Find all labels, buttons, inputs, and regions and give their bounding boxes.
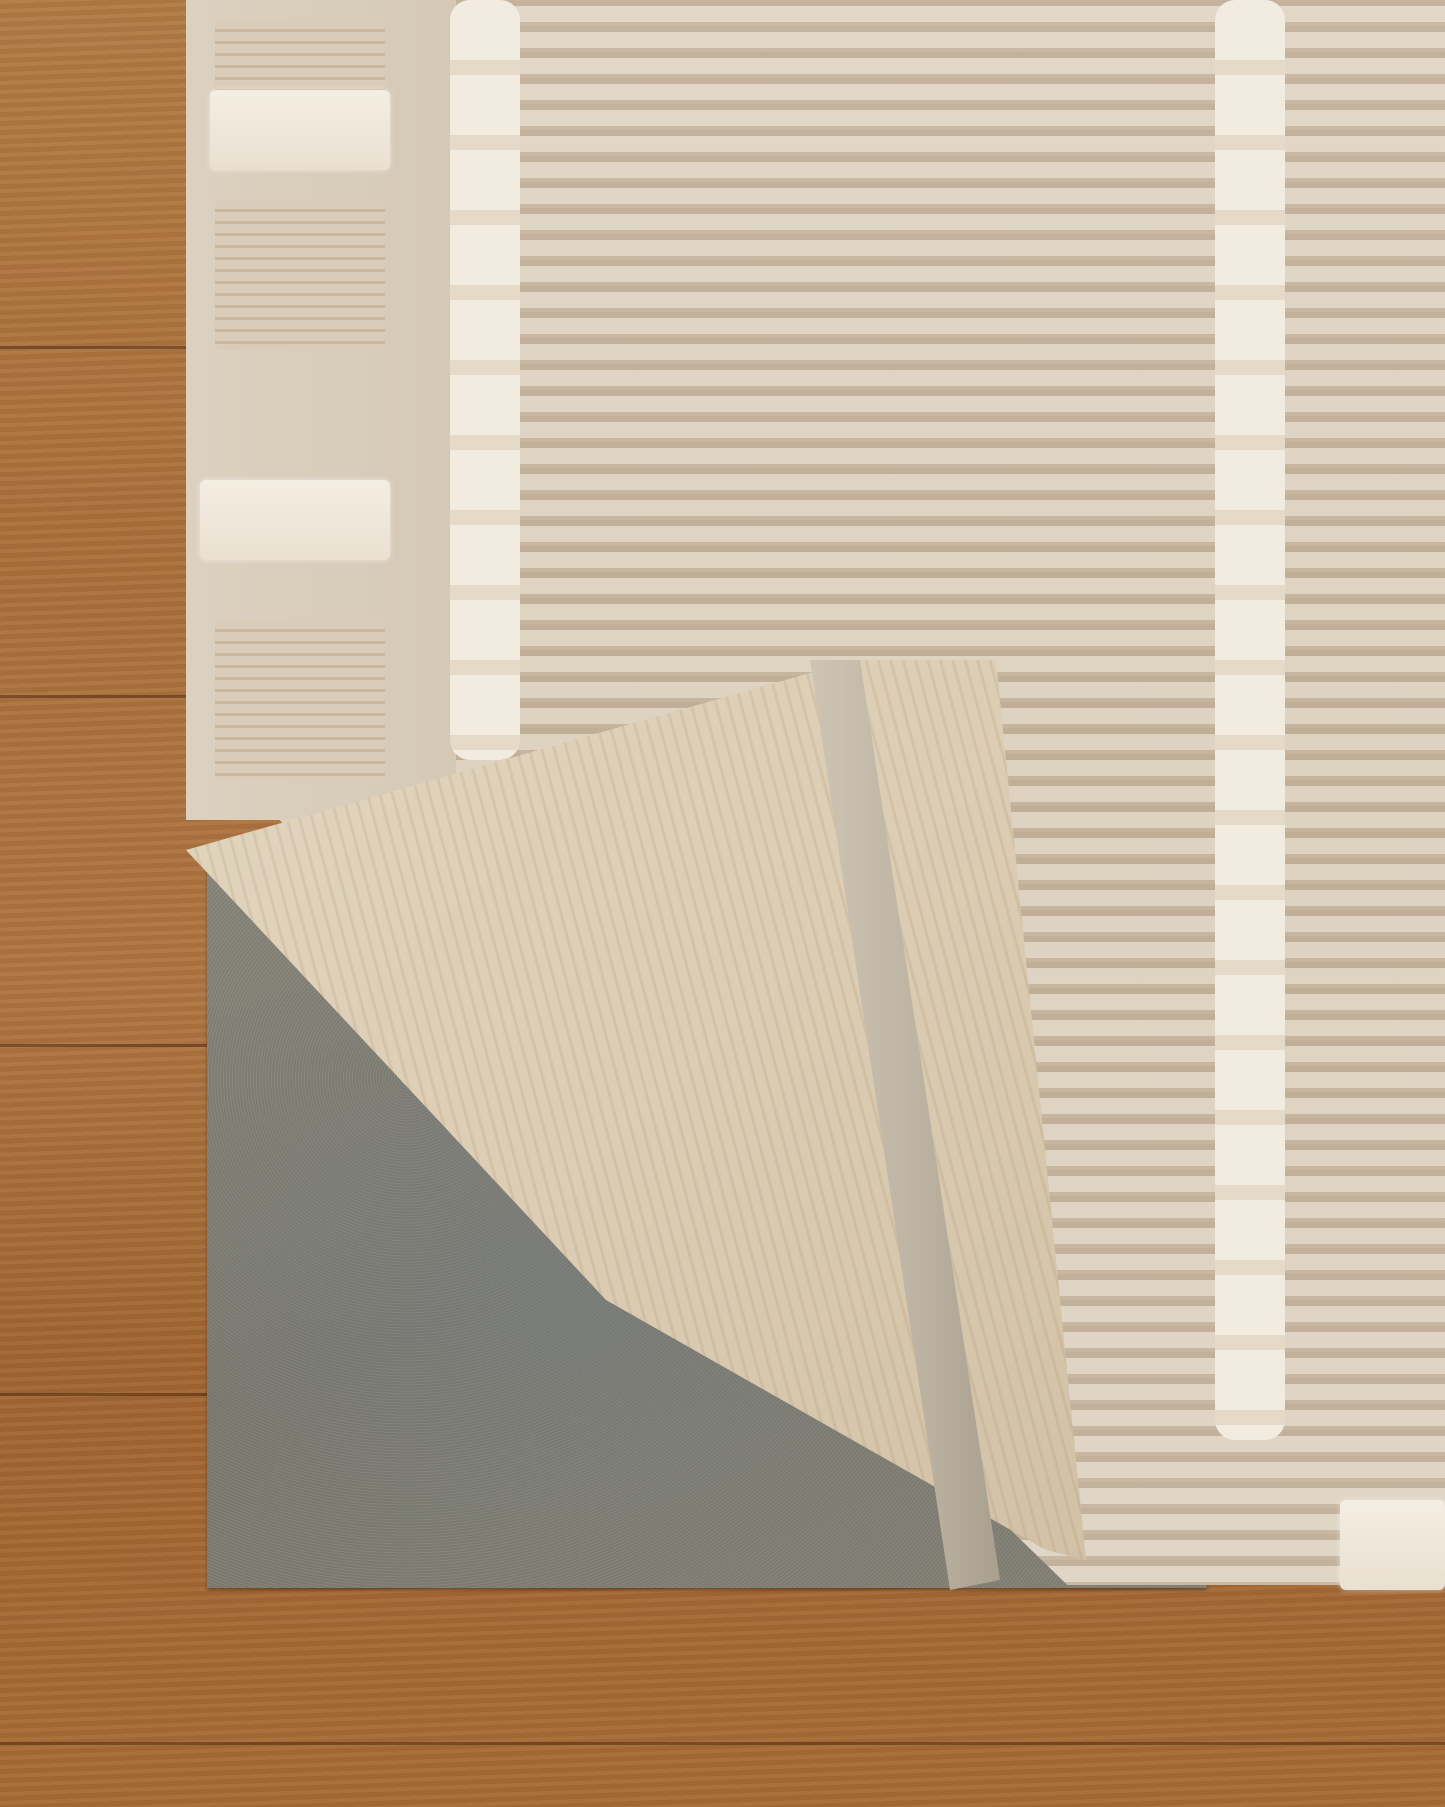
border-texture-block: [215, 200, 385, 350]
border-texture-block: [215, 620, 385, 780]
shag-stripe: [1215, 0, 1285, 1440]
shag-tuft: [1340, 1500, 1445, 1590]
shag-tuft: [200, 480, 390, 560]
shag-tuft: [210, 90, 390, 170]
border-texture-block: [215, 20, 385, 100]
shag-stripe: [450, 0, 520, 760]
